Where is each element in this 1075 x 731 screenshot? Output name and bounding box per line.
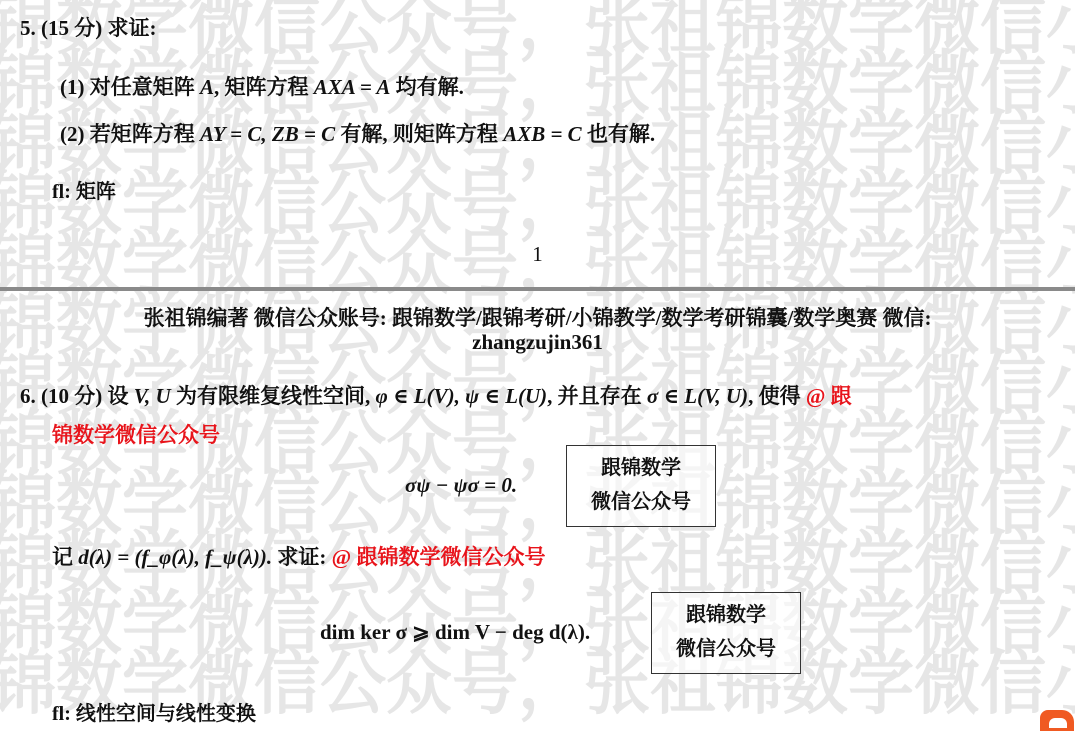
item1-math-a: A [200, 75, 214, 99]
p6-red-link[interactable]: @ 跟 [806, 384, 852, 408]
p6-text4: , 使得 [748, 384, 801, 408]
item2-label: (2) 若矩阵方程 [60, 122, 195, 146]
p6-math-phi-psi: φ ∈ L(V), ψ ∈ L(U) [375, 384, 547, 408]
watermark-box-1: 跟锦数学 微信公众号 [566, 445, 716, 527]
page-divider [0, 287, 1075, 291]
equation-2: dim ker σ ⩾ dim V − deg d(λ). [320, 620, 590, 645]
item1-text: , 矩阵方程 [214, 75, 309, 99]
item1-equation: AXA = A [314, 75, 391, 99]
problem5-tag: fl: 矩阵 [52, 175, 116, 204]
problem5-header: 5. (15 分) 求证: [20, 12, 156, 42]
document-page: 5. (15 分) 求证: (1) 对任意矩阵 A, 矩阵方程 AXA = A … [0, 0, 1075, 731]
item1-label: (1) 对任意矩阵 [60, 75, 195, 99]
p6-prefix: 6. (10 分) 设 [20, 384, 129, 408]
box2-line1: 跟锦数学 [652, 598, 800, 632]
problem6-line1: 6. (10 分) 设 V, U 为有限维复线性空间, φ ∈ L(V), ψ … [20, 380, 852, 410]
p6-line3-prefix: 记 [52, 545, 73, 569]
header-banner-line2: zhangzujin361 [0, 330, 1075, 355]
p6-red-line2[interactable]: 锦数学微信公众号 [52, 419, 220, 449]
p6-line3-text: 求证: [277, 545, 326, 569]
page-number: 1 [0, 242, 1075, 267]
header-banner-line1: 张祖锦编著 微信公众账号: 跟锦数学/跟锦考研/小锦教学/数学考研锦囊/数学奥赛… [0, 302, 1075, 332]
problem6-tag: fl: 线性空间与线性变换 [52, 697, 256, 726]
p6-text3: , 并且存在 [547, 384, 642, 408]
item1-suffix: 均有解. [396, 75, 464, 99]
problem5-item2: (2) 若矩阵方程 AY = C, ZB = C 有解, 则矩阵方程 AXB =… [60, 118, 655, 148]
p6-math-vu: V, U [134, 384, 171, 408]
app-logo-icon[interactable] [1040, 710, 1074, 731]
item2-math: AY = C, ZB = C [200, 122, 335, 146]
p6-line3-math: d(λ) = (f_φ(λ), f_ψ(λ)). [78, 545, 272, 569]
watermark-box-2: 跟锦数学 微信公众号 [651, 592, 801, 674]
box1-line1: 跟锦数学 [567, 451, 715, 485]
p6-math-sigma: σ ∈ L(V, U) [647, 384, 748, 408]
item2-text: 有解, 则矩阵方程 [340, 122, 498, 146]
box1-line2: 微信公众号 [567, 485, 715, 519]
p6-text: 为有限维复线性空间, [176, 384, 370, 408]
p6-line3-red-link[interactable]: @ 跟锦数学微信公众号 [332, 545, 546, 569]
box2-line2: 微信公众号 [652, 632, 800, 666]
item2-equation: AXB = C [503, 122, 582, 146]
problem6-line3: 记 d(λ) = (f_φ(λ), f_ψ(λ)). 求证: @ 跟锦数学微信公… [52, 541, 545, 571]
equation-1: σψ − ψσ = 0. [405, 473, 517, 498]
problem5-item1: (1) 对任意矩阵 A, 矩阵方程 AXA = A 均有解. [60, 71, 464, 101]
item2-suffix: 也有解. [587, 122, 655, 146]
